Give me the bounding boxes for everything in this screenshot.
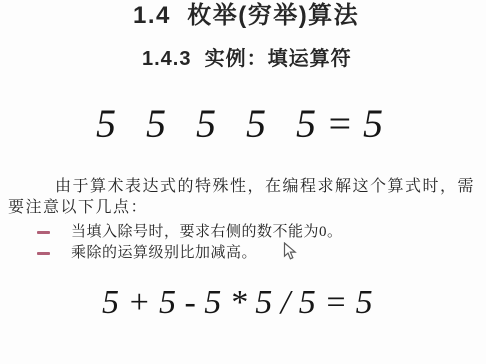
- bullet-dash-icon: [37, 252, 50, 255]
- intro-paragraph-line-2: 要注意以下几点：: [8, 200, 148, 216]
- bullet-item-division-rule: 当填入除号时，要求右侧的数不能为0。: [71, 225, 343, 240]
- equation-template: 5 5 5 5 5 = 5: [96, 104, 383, 144]
- equation-solution: 5 + 5 - 5 * 5 / 5 = 5: [102, 286, 373, 320]
- bullet-item-precedence-rule: 乘除的运算级别比加减高。: [71, 246, 257, 261]
- mouse-cursor-icon: [283, 242, 297, 261]
- slide-canvas: 1.4 枚举(穷举)算法 1.4.3 实例：填运算符 5 5 5 5 5 = 5…: [0, 0, 486, 364]
- page-title: 1.4 枚举(穷举)算法: [133, 0, 359, 30]
- section-subtitle: 1.4.3 实例：填运算符: [142, 42, 352, 71]
- bullet-dash-icon: [37, 231, 50, 234]
- intro-paragraph-line-1: 由于算术表达式的特殊性，在编程求解这个算式时，需: [55, 179, 475, 195]
